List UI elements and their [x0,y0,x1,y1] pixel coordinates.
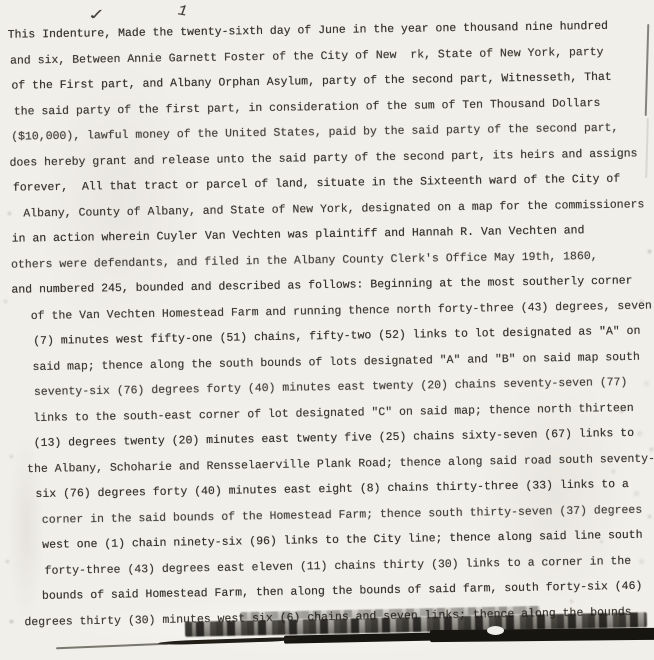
handwritten-stray-mark: 1 [177,2,189,20]
deed-text-block: This Indenture, Made the twenty-sixth da… [0,13,654,635]
scanned-deed-page: ✓ 1 This Indenture, Made the twenty-sixt… [0,0,654,660]
scan-artifact-bar-notch [487,626,504,635]
scan-noise-specks [0,0,3,3]
scan-artifact-bar-tail [56,643,168,649]
scan-artifact-bar-thin [158,637,300,646]
scan-artifact-bar-thick [430,628,654,642]
